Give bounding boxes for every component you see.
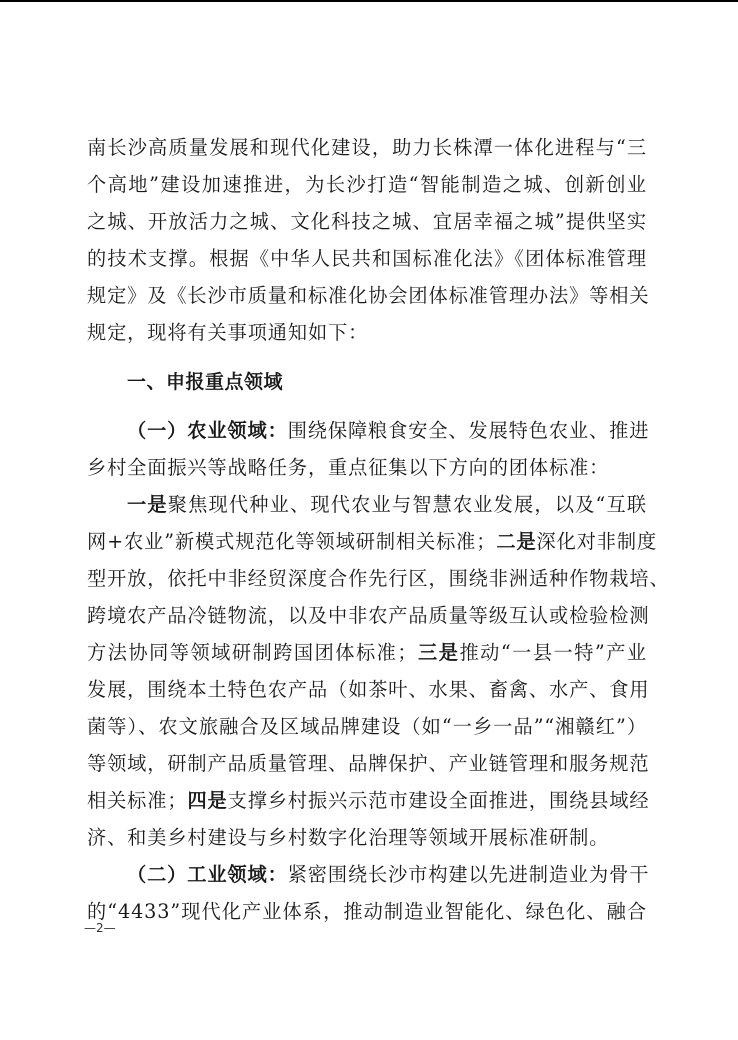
paragraph-line: 的技术支撑。根据《中华人民共和国标准化法》《团体标准管理	[87, 242, 647, 279]
agri-line-8: 发展，围绕本土特色农产品（如茶叶、水果、畜禽、水产、食用	[87, 673, 647, 710]
top-border-line	[0, 0, 738, 2]
industry-label: （二）工业领域：	[127, 863, 288, 886]
agri-line-2: 乡村全面振兴等战略任务，重点征集以下方向的团体标准：	[87, 451, 647, 488]
agri-line-12: 济、和美乡村建设与乡村数字化治理等领域开展标准研制。	[87, 821, 647, 858]
agri-line-6: 跨境农产品冷链物流，以及中非农产品质量等级互认或检验检测	[87, 599, 647, 636]
agri-line-3: 一是聚焦现代种业、现代农业与智慧农业发展，以及“互联	[87, 488, 647, 525]
paragraph-line: 规定》及《长沙市质量和标准化协会团体标准管理办法》等相关	[87, 279, 647, 316]
agri-label: （一）农业领域：	[127, 419, 288, 442]
document-body: 南长沙高质量发展和现代化建设，助力长株潭一体化进程与“三 个高地”建设加速推进，…	[87, 131, 647, 932]
paragraph-line: 个高地”建设加速推进，为长沙打造“智能制造之城、创新创业	[87, 168, 647, 205]
page-number: —2—	[84, 921, 116, 935]
paragraph-line: 规定，现将有关事项通知如下：	[87, 316, 647, 353]
agri-line-5: 型开放，依托中非经贸深度合作先行区，围绕非洲适种作物栽培、	[87, 562, 647, 599]
agri-line-10: 等领域，研制产品质量管理、品牌保护、产业链管理和服务规范	[87, 747, 647, 784]
agri-line-11: 相关标准；四是支撑乡村振兴示范市建设全面推进，围绕县域经	[87, 784, 647, 821]
paragraph-line: 南长沙高质量发展和现代化建设，助力长株潭一体化进程与“三	[87, 131, 647, 168]
industry-line-1: （二）工业领域：紧密围绕长沙市构建以先进制造业为骨干	[87, 858, 647, 895]
industry-line-2: 的“4433”现代化产业体系，推动制造业智能化、绿色化、融合	[87, 895, 647, 932]
agri-line-1: （一）农业领域：围绕保障粮食安全、发展特色农业、推进	[87, 414, 647, 451]
agri-line-7: 方法协同等领域研制跨国团体标准；三是推动“一县一特”产业	[87, 636, 647, 673]
section-heading: 一、申报重点领域	[87, 365, 647, 402]
agri-line-9: 菌等）、农文旅融合及区域品牌建设（如“一乡一品”“湘赣红”）	[87, 710, 647, 747]
paragraph-line: 之城、开放活力之城、文化科技之城、宜居幸福之城”提供坚实	[87, 205, 647, 242]
agri-line-4: 网+农业”新模式规范化等领域研制相关标准；二是深化对非制度	[87, 525, 647, 562]
